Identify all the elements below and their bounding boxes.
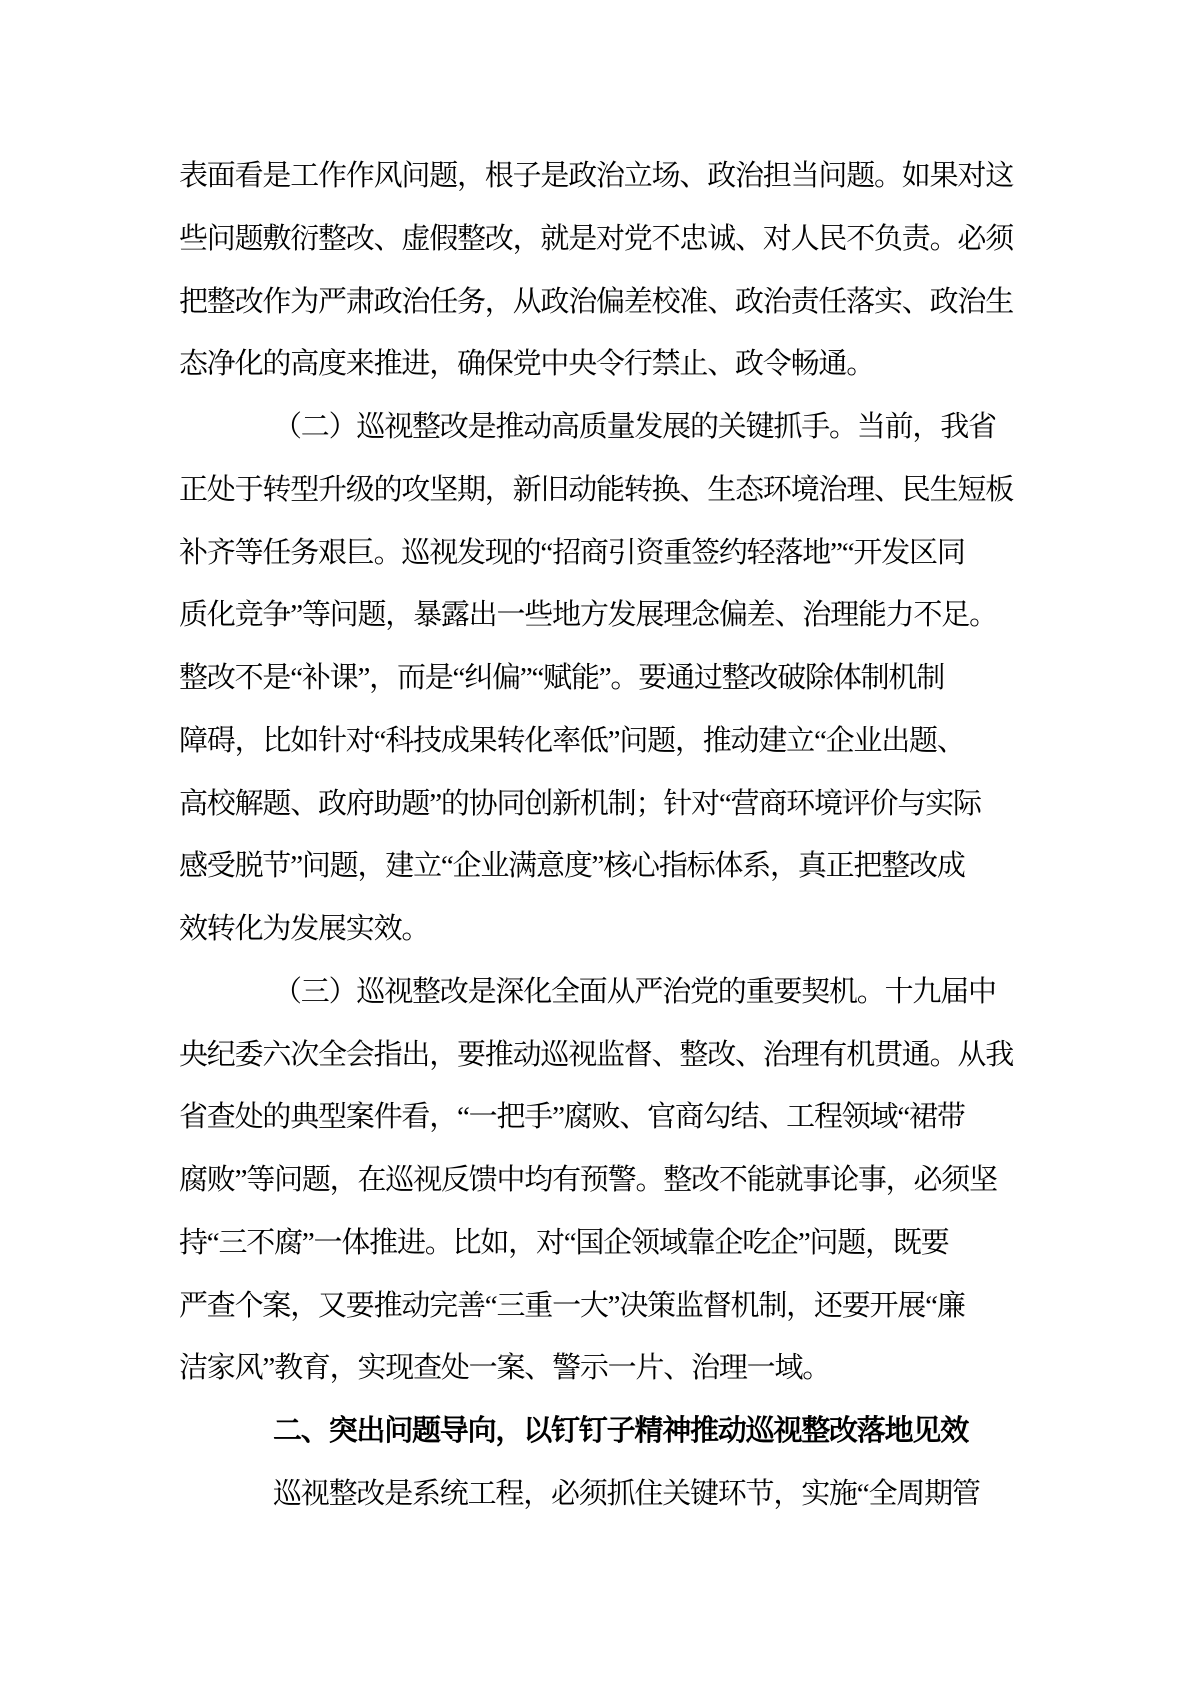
text-line: 障碍，比如针对“科技成果转化率低”问题，推动建立“企业出题、 bbox=[179, 710, 1019, 773]
text-line: 态净化的高度来推进，确保党中央令行禁止、政令畅通。 bbox=[179, 333, 1019, 396]
text-line: 正处于转型升级的攻坚期，新旧动能转换、生态环境治理、民生短板 bbox=[179, 459, 1019, 522]
text-line: 央纪委六次全会指出，要推动巡视监督、整改、治理有机贯通。从我 bbox=[179, 1024, 1019, 1087]
text-line: 高校解题、政府助题”的协同创新机制；针对“营商环境评价与实际 bbox=[179, 773, 1019, 836]
text-line: 些问题敷衍整改、虚假整改，就是对党不忠诚、对人民不负责。必须 bbox=[179, 208, 1019, 271]
text-line: （二）巡视整改是推动高质量发展的关键抓手。当前，我省 bbox=[179, 396, 1019, 459]
section-heading: 二、突出问题导向，以钉钉子精神推动巡视整改落地见效 bbox=[179, 1400, 1019, 1463]
document-page: 表面看是工作作风问题，根子是政治立场、政治担当问题。如果对这些问题敷衍整改、虚假… bbox=[0, 0, 1190, 1683]
text-line: 持“三不腐”一体推进。比如，对“国企领域靠企吃企”问题，既要 bbox=[179, 1212, 1019, 1275]
text-line: 省查处的典型案件看，“一把手”腐败、官商勾结、工程领域“裙带 bbox=[179, 1086, 1019, 1149]
text-line: 把整改作为严肃政治任务，从政治偏差校准、政治责任落实、政治生 bbox=[179, 271, 1019, 334]
text-line: 质化竞争”等问题，暴露出一些地方发展理念偏差、治理能力不足。 bbox=[179, 584, 1019, 647]
text-line: 严查个案，又要推动完善“三重一大”决策监督机制，还要开展“廉 bbox=[179, 1275, 1019, 1338]
text-line: 感受脱节”问题，建立“企业满意度”核心指标体系，真正把整改成 bbox=[179, 835, 1019, 898]
body-paragraph: （三）巡视整改是深化全面从严治党的重要契机。十九届中央纪委六次全会指出，要推动巡… bbox=[179, 961, 1019, 1400]
document-body: 表面看是工作作风问题，根子是政治立场、政治担当问题。如果对这些问题敷衍整改、虚假… bbox=[179, 145, 1019, 1526]
text-line: （三）巡视整改是深化全面从严治党的重要契机。十九届中 bbox=[179, 961, 1019, 1024]
body-paragraph: 巡视整改是系统工程，必须抓住关键环节，实施“全周期管 bbox=[179, 1463, 1019, 1526]
text-line: 整改不是“补课”，而是“纠偏”“赋能”。要通过整改破除体制机制 bbox=[179, 647, 1019, 710]
text-line: 腐败”等问题，在巡视反馈中均有预警。整改不能就事论事，必须坚 bbox=[179, 1149, 1019, 1212]
text-line: 洁家风”教育，实现查处一案、警示一片、治理一域。 bbox=[179, 1337, 1019, 1400]
text-line: 巡视整改是系统工程，必须抓住关键环节，实施“全周期管 bbox=[179, 1463, 1019, 1526]
heading-text-line: 二、突出问题导向，以钉钉子精神推动巡视整改落地见效 bbox=[179, 1400, 1019, 1463]
body-paragraph: （二）巡视整改是推动高质量发展的关键抓手。当前，我省正处于转型升级的攻坚期，新旧… bbox=[179, 396, 1019, 961]
text-line: 补齐等任务艰巨。巡视发现的“招商引资重签约轻落地”“开发区同 bbox=[179, 522, 1019, 585]
text-line: 效转化为发展实效。 bbox=[179, 898, 1019, 961]
text-line: 表面看是工作作风问题，根子是政治立场、政治担当问题。如果对这 bbox=[179, 145, 1019, 208]
body-paragraph: 表面看是工作作风问题，根子是政治立场、政治担当问题。如果对这些问题敷衍整改、虚假… bbox=[179, 145, 1019, 396]
